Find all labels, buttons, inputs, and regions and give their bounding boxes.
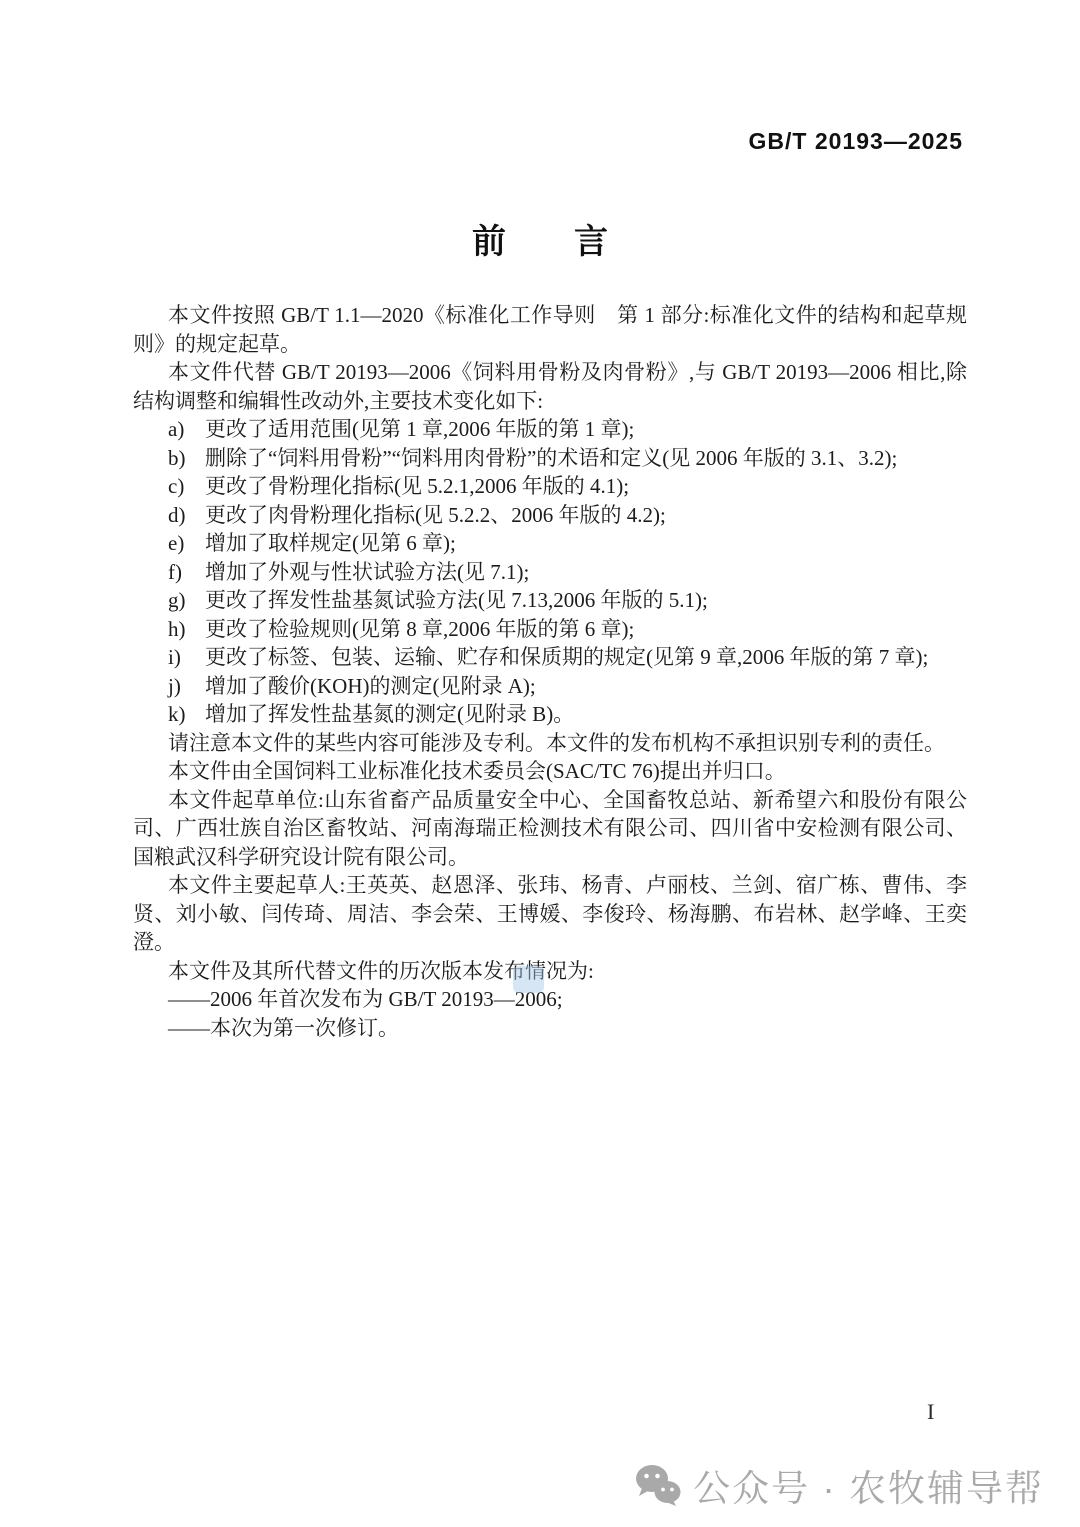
change-item-i: i)更改了标签、包装、运输、贮存和保质期的规定(见第 9 章,2006 年版的第…: [133, 643, 967, 672]
history-item-1: ——2006 年首次发布为 GB/T 20193—2006;: [133, 985, 967, 1014]
change-item-a: a)更改了适用范围(见第 1 章,2006 年版的第 1 章);: [133, 415, 967, 444]
item-marker: c): [168, 472, 205, 501]
change-item-c: c)更改了骨粉理化指标(见 5.2.1,2006 年版的 4.1);: [133, 472, 967, 501]
item-text: 增加了取样规定(见第 6 章);: [205, 531, 456, 555]
change-item-b: b)删除了“饲料用骨粉”“饲料用肉骨粉”的术语和定义(见 2006 年版的 3.…: [133, 444, 967, 473]
paragraph-patent-notice: 请注意本文件的某些内容可能涉及专利。本文件的发布机构不承担识别专利的责任。: [133, 729, 967, 758]
watermark: 公众号 · 农牧辅导帮: [635, 1458, 1044, 1512]
item-marker: i): [168, 643, 205, 672]
doc-code: GB/T 20193—2025: [749, 128, 963, 155]
paragraph-intro-2: 本文件代替 GB/T 20193—2006《饲料用骨粉及肉骨粉》,与 GB/T …: [133, 358, 967, 415]
paragraph-drafters: 本文件主要起草人:王英英、赵恩泽、张玮、杨青、卢丽枝、兰剑、宿广栋、曹伟、李贤、…: [133, 871, 967, 957]
paragraph-committee: 本文件由全国饲料工业标准化技术委员会(SAC/TC 76)提出并归口。: [133, 757, 967, 786]
item-marker: b): [168, 444, 205, 473]
item-text: 增加了酸价(KOH)的测定(见附录 A);: [205, 674, 536, 698]
change-item-d: d)更改了肉骨粉理化指标(见 5.2.2、2006 年版的 4.2);: [133, 501, 967, 530]
change-item-k: k)增加了挥发性盐基氮的测定(见附录 B)。: [133, 700, 967, 729]
paragraph-drafting-units: 本文件起草单位:山东省畜产品质量安全中心、全国畜牧总站、新希望六和股份有限公司、…: [133, 786, 967, 872]
item-marker: h): [168, 615, 205, 644]
change-item-h: h)更改了检验规则(见第 8 章,2006 年版的第 6 章);: [133, 615, 967, 644]
paragraph-history-intro: 本文件及其所代替文件的历次版本发布情况为:: [133, 957, 967, 986]
item-marker: g): [168, 586, 205, 615]
change-item-g: g)更改了挥发性盐基氮试验方法(见 7.13,2006 年版的 5.1);: [133, 586, 967, 615]
change-item-j: j)增加了酸价(KOH)的测定(见附录 A);: [133, 672, 967, 701]
page-title: 前 言: [0, 214, 1080, 263]
document-page: GB/T 20193—2025 前 言 本文件按照 GB/T 1.1—2020《…: [0, 0, 1080, 1527]
item-marker: k): [168, 700, 205, 729]
item-marker: j): [168, 672, 205, 701]
item-text: 更改了适用范围(见第 1 章,2006 年版的第 1 章);: [205, 417, 634, 441]
item-text: 更改了检验规则(见第 8 章,2006 年版的第 6 章);: [205, 617, 634, 641]
item-text: 增加了挥发性盐基氮的测定(见附录 B)。: [205, 702, 574, 726]
change-item-e: e)增加了取样规定(见第 6 章);: [133, 529, 967, 558]
item-marker: f): [168, 558, 205, 587]
item-text: 更改了标签、包装、运输、贮存和保质期的规定(见第 9 章,2006 年版的第 7…: [205, 645, 928, 669]
foreword-content: 本文件按照 GB/T 1.1—2020《标准化工作导则 第 1 部分:标准化文件…: [133, 301, 967, 1042]
page-number: I: [927, 1399, 934, 1425]
wechat-icon: [635, 1464, 681, 1506]
change-item-f: f)增加了外观与性状试验方法(见 7.1);: [133, 558, 967, 587]
item-marker: e): [168, 529, 205, 558]
item-text: 删除了“饲料用骨粉”“饲料用肉骨粉”的术语和定义(见 2006 年版的 3.1、…: [205, 446, 897, 470]
history-item-2: ——本次为第一次修订。: [133, 1014, 967, 1043]
item-marker: d): [168, 501, 205, 530]
item-text: 更改了挥发性盐基氮试验方法(见 7.13,2006 年版的 5.1);: [205, 588, 708, 612]
item-text: 更改了肉骨粉理化指标(见 5.2.2、2006 年版的 4.2);: [205, 503, 666, 527]
item-text: 增加了外观与性状试验方法(见 7.1);: [205, 560, 529, 584]
item-text: 更改了骨粉理化指标(见 5.2.1,2006 年版的 4.1);: [205, 474, 629, 498]
paragraph-intro-1: 本文件按照 GB/T 1.1—2020《标准化工作导则 第 1 部分:标准化文件…: [133, 301, 967, 358]
item-marker: a): [168, 415, 205, 444]
change-list: a)更改了适用范围(见第 1 章,2006 年版的第 1 章); b)删除了“饲…: [133, 415, 967, 729]
watermark-text: 公众号 · 农牧辅导帮: [693, 1458, 1044, 1512]
